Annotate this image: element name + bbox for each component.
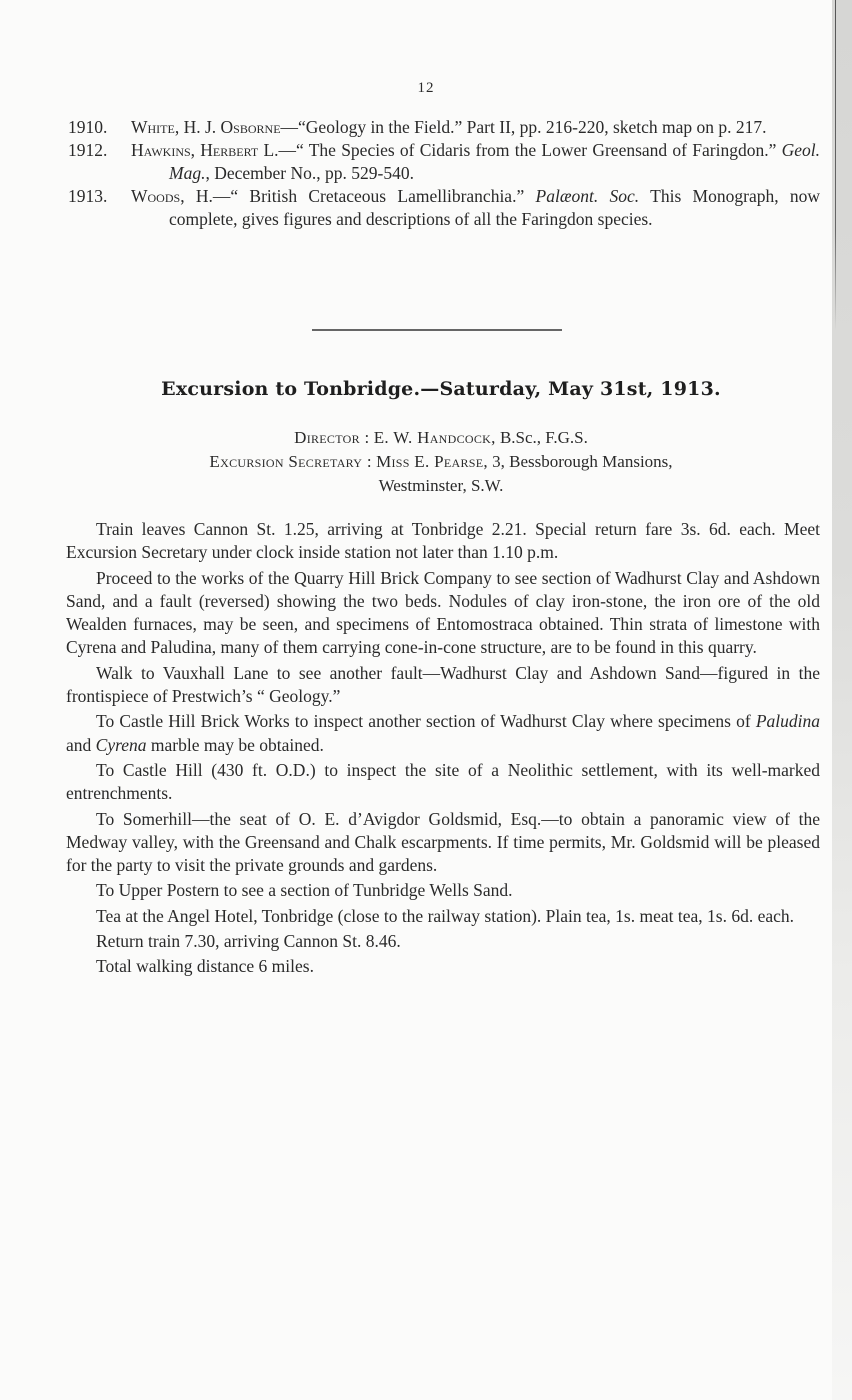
entry-text: Woods, H.—“ British Cretaceous Lamellibr… bbox=[169, 185, 820, 231]
paragraph-tea: Tea at the Angel Hotel, Tonbridge (close… bbox=[66, 905, 820, 928]
paragraph-vauxhall-lane: Walk to Vauxhall Lane to see another fau… bbox=[66, 662, 820, 709]
bibliography-entry: 1910. White, H. J. Osborne—“Geology in t… bbox=[68, 116, 820, 139]
entry-year: 1910. bbox=[68, 116, 128, 139]
entry-citation: —“ The Species of Cidaris from the Lower… bbox=[279, 140, 782, 160]
paragraph-text: To Castle Hill Brick Works to inspect an… bbox=[96, 711, 756, 731]
entry-text: Hawkins, Herbert L.—“ The Species of Cid… bbox=[169, 139, 820, 185]
excursion-itinerary: Train leaves Cannon St. 1.25, arriving a… bbox=[66, 518, 820, 981]
paragraph-walking-distance: Total walking distance 6 miles. bbox=[66, 955, 820, 978]
entry-author: White, H. J. Osborne bbox=[131, 117, 281, 137]
paragraph-castle-hill-brick-works: To Castle Hill Brick Works to inspect an… bbox=[66, 710, 820, 757]
paragraph-upper-postern: To Upper Postern to see a section of Tun… bbox=[66, 879, 820, 902]
entry-citation-tail: , December No., pp. 529-540. bbox=[205, 163, 414, 183]
paragraph-quarry-hill: Proceed to the works of the Quarry Hill … bbox=[66, 567, 820, 660]
species-name: Paludina bbox=[756, 711, 820, 731]
paragraph-text: and bbox=[66, 735, 96, 755]
entry-text: White, H. J. Osborne—“Geology in the Fie… bbox=[169, 116, 820, 139]
entry-author: Woods, H. bbox=[131, 186, 213, 206]
entry-author: Hawkins, Herbert L. bbox=[131, 140, 279, 160]
excursion-heading: Excursion to Tonbridge.—Saturday, May 31… bbox=[0, 378, 852, 400]
director-label: Director : bbox=[294, 428, 369, 447]
entry-citation: —“Geology in the Field.” Part II, pp. 21… bbox=[281, 117, 767, 137]
director-line: Director : E. W. Handcock, B.Sc., F.G.S. bbox=[0, 426, 852, 450]
paragraph-return-train: Return train 7.30, arriving Cannon St. 8… bbox=[66, 930, 820, 953]
secretary-name: Miss E. Pearse, bbox=[376, 452, 488, 471]
secretary-address-line-2: Westminster, S.W. bbox=[0, 474, 852, 498]
director-name: E. W. Handcock, bbox=[374, 428, 496, 447]
bibliography-list: 1910. White, H. J. Osborne—“Geology in t… bbox=[68, 116, 820, 231]
director-qualifications: B.Sc., F.G.S. bbox=[500, 428, 588, 447]
society-title: Palæont. Soc. bbox=[536, 186, 640, 206]
secretary-address: 3, Bessborough Mansions, bbox=[492, 452, 672, 471]
secretary-line: Excursion Secretary : Miss E. Pearse, 3,… bbox=[0, 450, 852, 474]
paragraph-train-details: Train leaves Cannon St. 1.25, arriving a… bbox=[66, 518, 820, 565]
bibliography-entry: 1912. Hawkins, Herbert L.—“ The Species … bbox=[68, 139, 820, 185]
paragraph-somerhill: To Somerhill—the seat of O. E. d’Avigdor… bbox=[66, 808, 820, 878]
paragraph-text: marble may be obtained. bbox=[147, 735, 324, 755]
paragraph-castle-hill: To Castle Hill (430 ft. O.D.) to inspect… bbox=[66, 759, 820, 806]
entry-year: 1912. bbox=[68, 139, 128, 162]
entry-citation: —“ British Cretaceous Lamellibranchia.” bbox=[213, 186, 536, 206]
secretary-label: Excursion Secretary : bbox=[209, 452, 371, 471]
page-edge-line bbox=[835, 0, 837, 330]
bibliography-entry: 1913. Woods, H.—“ British Cretaceous Lam… bbox=[68, 185, 820, 231]
page-number: 12 bbox=[0, 80, 852, 97]
section-divider bbox=[312, 329, 562, 331]
excursion-staff: Director : E. W. Handcock, B.Sc., F.G.S.… bbox=[0, 426, 852, 498]
entry-year: 1913. bbox=[68, 185, 128, 208]
species-name: Cyrena bbox=[96, 735, 147, 755]
